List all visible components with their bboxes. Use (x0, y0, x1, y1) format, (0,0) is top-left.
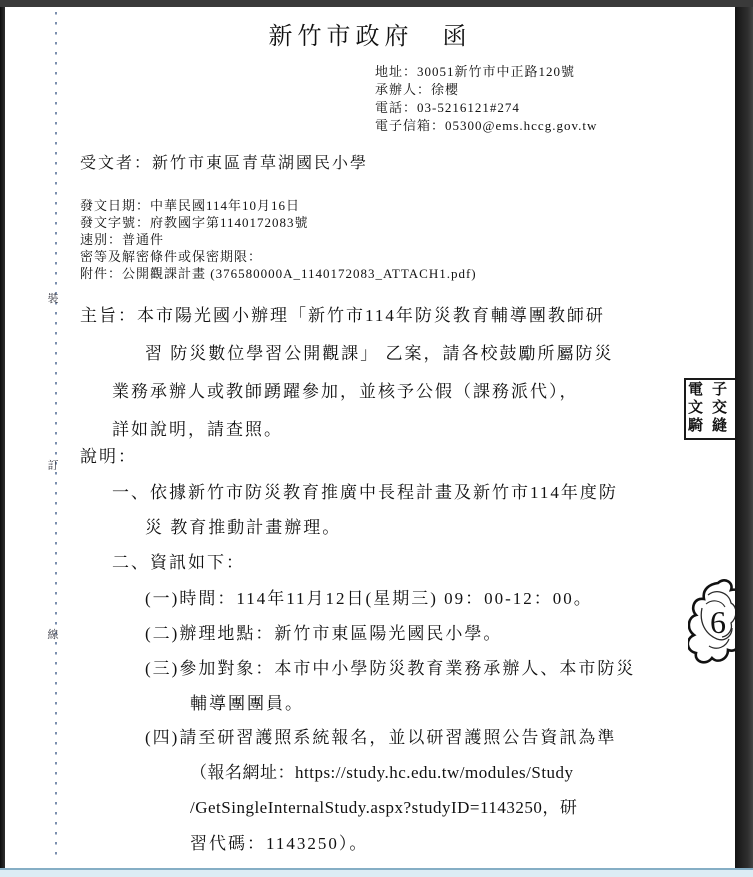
page-seal-number: 6 (710, 604, 726, 640)
contact-address: 地址：30051新竹市中正路120號 (375, 64, 575, 79)
seam-seal-row: 騎縫 (688, 417, 742, 435)
contact-phone: 電話：03-5216121#274 (375, 100, 520, 115)
document-page: 裝 訂 線 新竹市政府 函 地址：30051新竹市中正路120號 承辦人：徐櫻 … (0, 0, 753, 877)
viewer-top-bar (0, 0, 753, 7)
viewer-bottom-scroll-area[interactable] (0, 868, 753, 877)
viewer-left-edge (0, 7, 5, 868)
explanation-line: (二)辦理地點：新竹市東區陽光國民小學。 (145, 624, 502, 644)
subject-line: 業務承辦人或教師踴躍參加，並核予公假（課務派代）， (112, 382, 579, 402)
explanation-line: 災 教育推動計畫辦理。 (145, 518, 341, 538)
document-title: 新竹市政府 函 (0, 16, 740, 51)
subject-line: 習 防災數位學習公開觀課」 乙案，請各校鼓勵所屬防災 (145, 344, 614, 364)
explanation-line: 輔導團團員。 (190, 694, 304, 714)
explanation-line: 習代碼：1143250）。 (190, 834, 368, 854)
margin-marker-zhuang: 裝 (46, 293, 60, 305)
meta-speed: 速別：普通件 (80, 232, 164, 247)
seam-seal-row: 文交 (688, 399, 742, 417)
contact-email: 電子信箱：05300@ems.hccg.gov.tw (375, 118, 597, 133)
margin-marker-ding: 訂 (46, 460, 60, 472)
explanation-line: (三)參加對象：本市中小學防災教育業務承辦人、本市防災 (145, 659, 635, 679)
explanation-line-url: /GetSingleInternalStudy.aspx?studyID=114… (190, 798, 577, 818)
explanation-line: 二、資訊如下： (112, 553, 245, 573)
subject-line: 主旨：本市陽光國小辦理「新竹市114年防災教育輔導團教師研 (80, 306, 605, 326)
meta-issue-date: 發文日期：中華民國114年10月16日 (80, 198, 300, 213)
recipient-line: 受文者：新竹市東區青草湖國民小學 (80, 150, 368, 173)
contact-person: 承辦人：徐櫻 (375, 82, 459, 97)
explanation-line: (四)請至研習護照系統報名，並以研習護照公告資訊為準 (145, 728, 616, 748)
margin-marker-xian: 線 (46, 629, 60, 641)
seam-seal-row: 電子 (688, 381, 742, 399)
meta-attachment: 附件：公開觀課計畫 (376580000A_1140172083_ATTACH1… (80, 266, 477, 281)
meta-doc-number: 發文字號：府教國字第1140172083號 (80, 215, 309, 230)
subject-line: 詳如說明，請查照。 (112, 420, 283, 440)
explanation-heading: 說明： (80, 447, 137, 467)
explanation-line-url: （報名網址：https://study.hc.edu.tw/modules/St… (190, 763, 574, 783)
binding-dotted-line (55, 12, 57, 862)
viewer-right-edge (735, 7, 753, 868)
explanation-line: 一、依據新竹市防災教育推廣中長程計畫及新竹市114年度防 (112, 483, 618, 503)
meta-security: 密等及解密條件或保密期限： (80, 249, 262, 264)
explanation-line: (一)時間：114年11月12日(星期三) 09：00-12：00。 (145, 589, 593, 609)
